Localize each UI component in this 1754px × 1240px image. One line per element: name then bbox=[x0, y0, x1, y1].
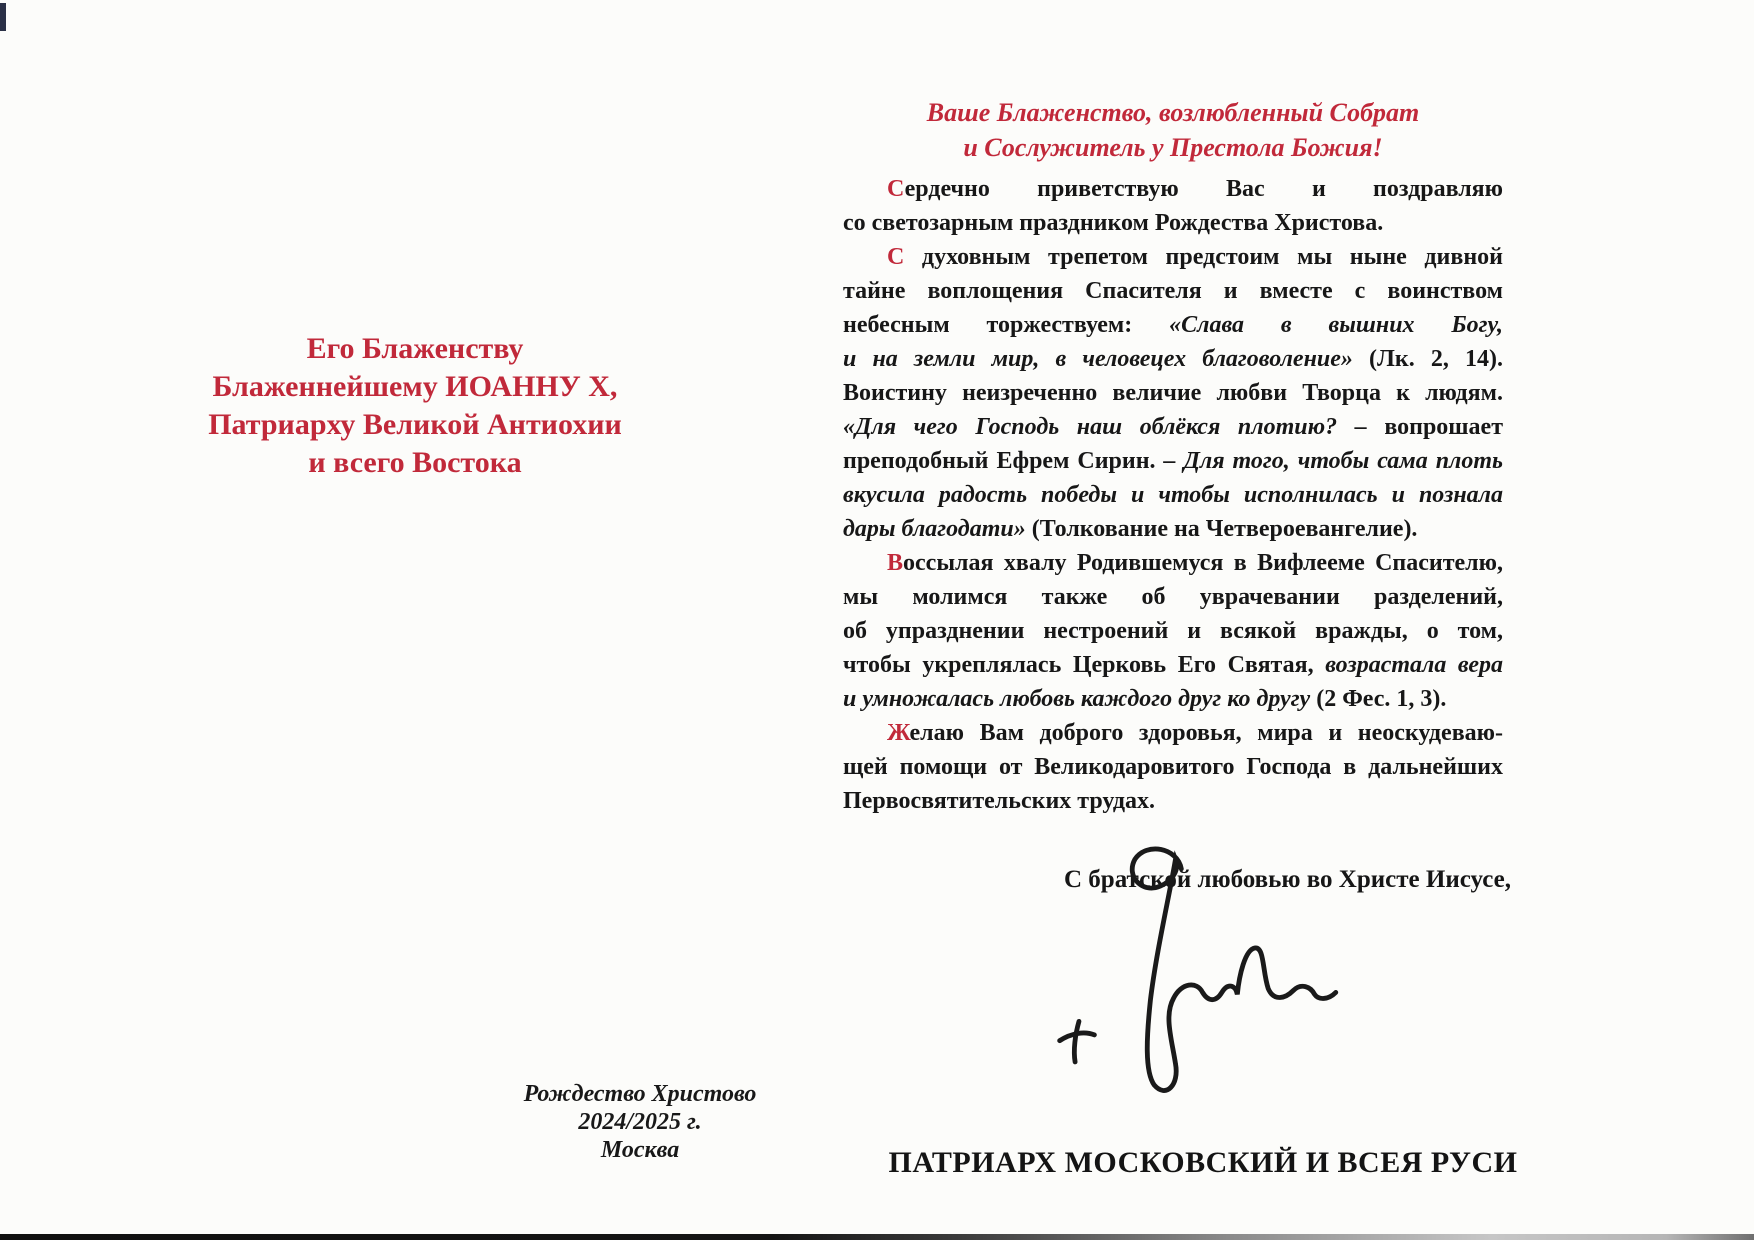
drop-cap: С bbox=[887, 244, 904, 270]
text-segment: и на земли мир, в человецех благоволение… bbox=[843, 346, 1353, 372]
letter-body: Сердечно приветствую Вас и поздравляюсо … bbox=[843, 172, 1503, 818]
text-segment: «Для чего Господь наш облёкся плотию? – bbox=[843, 414, 1384, 440]
drop-cap: Ж bbox=[887, 720, 910, 746]
text-segment: Первосвятительских трудах. bbox=[843, 788, 1155, 814]
address-line: Патриарху Великой Антиохии bbox=[150, 406, 680, 444]
body-line: Воссылая хвалу Родившемуся в Вифлееме Сп… bbox=[843, 546, 1503, 580]
text-segment: (Толкование на Четвероевангелие). bbox=[1026, 516, 1418, 542]
address-line: Блаженнейшему ИОАННУ X, bbox=[150, 368, 680, 406]
text-segment: возрастала вера bbox=[1325, 652, 1503, 678]
text-segment: и умножалась любовь каждого друг ко друг… bbox=[843, 686, 1310, 712]
signature-flourish-icon bbox=[1132, 849, 1336, 1091]
text-segment: Воистину неизреченно величие любви Творц… bbox=[843, 380, 1503, 406]
body-line: С духовным трепетом предстоим мы ныне ди… bbox=[843, 240, 1503, 274]
address-line: и всего Востока bbox=[150, 444, 680, 482]
text-segment: (Лк. 2, 14). bbox=[1353, 346, 1503, 372]
text-segment: оссылая хвалу Родившемуся в Вифлееме Спа… bbox=[903, 550, 1503, 576]
body-line: небесным торжествуем: «Слава в вышних Бо… bbox=[843, 308, 1503, 342]
text-segment: дары благодати» bbox=[843, 516, 1026, 542]
signature-cross-icon bbox=[1060, 1021, 1095, 1062]
body-line: со светозарным праздником Рождества Хрис… bbox=[843, 206, 1503, 240]
text-segment: со светозарным праздником Рождества Хрис… bbox=[843, 210, 1383, 236]
imprint-line: Москва bbox=[440, 1136, 840, 1164]
text-segment: щей помощи от Великодаровитого Господа в… bbox=[843, 754, 1503, 780]
text-segment: вкусила радость победы и чтобы исполнила… bbox=[843, 482, 1503, 508]
text-segment: небесным торжествуем: bbox=[843, 312, 1169, 338]
body-line: преподобный Ефрем Сирин. – Для того, что… bbox=[843, 444, 1503, 478]
text-segment: духовным трепетом предстоим мы ныне дивн… bbox=[904, 244, 1503, 270]
patriarch-title: ПАТРИАРХ МОСКОВСКИЙ И ВСЕЯ РУСИ bbox=[843, 1146, 1563, 1180]
body-line: дары благодати» (Толкование на Четвероев… bbox=[843, 512, 1503, 546]
body-line: щей помощи от Великодаровитого Господа в… bbox=[843, 750, 1503, 784]
salutation-line: и Сослужитель у Престола Божия! bbox=[843, 130, 1503, 165]
text-segment: (2 Фес. 1, 3). bbox=[1310, 686, 1446, 712]
text-segment: ердечно приветствую Вас и поздравляю bbox=[905, 176, 1503, 202]
scan-corner-artifact bbox=[0, 3, 6, 31]
drop-cap: С bbox=[887, 176, 905, 202]
text-segment: чтобы укреплялась Церковь Его Святая, bbox=[843, 652, 1325, 678]
recipient-address-block: Его БлаженствуБлаженнейшему ИОАННУ X,Пат… bbox=[150, 330, 680, 482]
body-line: и умножалась любовь каждого друг ко друг… bbox=[843, 682, 1503, 716]
body-line: и на земли мир, в человецех благоволение… bbox=[843, 342, 1503, 376]
scanned-letter-page: Его БлаженствуБлаженнейшему ИОАННУ X,Пат… bbox=[0, 0, 1754, 1240]
text-segment: об упразднении нестроений и всякой вражд… bbox=[843, 618, 1503, 644]
date-place-block: Рождество Христово2024/2025 г.Москва bbox=[440, 1080, 840, 1164]
body-line: вкусила радость победы и чтобы исполнила… bbox=[843, 478, 1503, 512]
body-line: чтобы укреплялась Церковь Его Святая, во… bbox=[843, 648, 1503, 682]
text-segment: тайне воплощения Спасителя и вместе с во… bbox=[843, 278, 1503, 304]
body-line: «Для чего Господь наш облёкся плотию? – … bbox=[843, 410, 1503, 444]
salutation-heading: Ваше Блаженство, возлюбленный Собрати Со… bbox=[843, 95, 1503, 165]
text-segment: «Слава в вышних Богу, bbox=[1169, 312, 1503, 338]
text-segment: преподобный Ефрем Сирин. bbox=[843, 448, 1164, 474]
scan-edge-artifact bbox=[0, 1234, 1754, 1240]
text-segment: мы молимся также об уврачевании разделен… bbox=[843, 584, 1503, 610]
body-line: Воистину неизреченно величие любви Творц… bbox=[843, 376, 1503, 410]
imprint-line: 2024/2025 г. bbox=[440, 1108, 840, 1136]
body-line: тайне воплощения Спасителя и вместе с во… bbox=[843, 274, 1503, 308]
body-line: мы молимся также об уврачевании разделен… bbox=[843, 580, 1503, 614]
drop-cap: В bbox=[887, 550, 903, 576]
address-line: Его Блаженству bbox=[150, 330, 680, 368]
imprint-line: Рождество Христово bbox=[440, 1080, 840, 1108]
body-line: Желаю Вам доброго здоровья, мира и неоск… bbox=[843, 716, 1503, 750]
text-segment: вопрошает bbox=[1384, 414, 1503, 440]
text-segment: елаю Вам доброго здоровья, мира и неоску… bbox=[910, 720, 1503, 746]
body-line: об упразднении нестроений и всякой вражд… bbox=[843, 614, 1503, 648]
salutation-line: Ваше Блаженство, возлюбленный Собрат bbox=[843, 95, 1503, 130]
body-line: Первосвятительских трудах. bbox=[843, 784, 1503, 818]
text-segment: – Для того, чтобы сама плоть bbox=[1164, 448, 1503, 474]
body-line: Сердечно приветствую Вас и поздравляю bbox=[843, 172, 1503, 206]
patriarch-signature-icon bbox=[1030, 836, 1350, 1116]
